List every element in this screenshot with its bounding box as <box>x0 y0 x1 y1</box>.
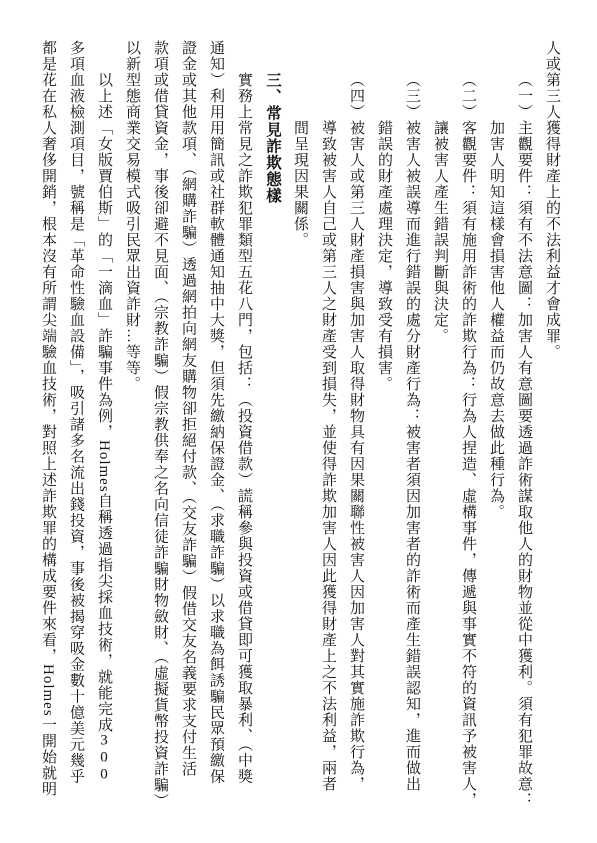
text-column-8-item-4: （四）被害人或第三人財產損害與加害人取得財物具有因果關聯性被害人因加害人對其實施… <box>347 72 365 792</box>
text-column-1: 人或第三人獲得財產上的不法利益才會成罪。 <box>543 40 561 360</box>
text-column-17: 以上述「女版賈伯斯」的「一滴血」詐騙事件為例，Holmes自稱透過指尖採血技術，… <box>95 72 113 784</box>
section-heading: 三、常見詐欺態樣 <box>263 72 281 204</box>
text-column-4-item-2: （二）客觀要件：須有施用詐術的詐欺行為：行為人捏造、虛構事件，傳遞與事實不符的資… <box>459 72 477 808</box>
text-column-16: 以新型態商業交易模式吸引民眾出資詐財…等等。 <box>123 40 141 392</box>
text-column-14: 證金或其他款項、（網購詐騙）透過網拍向網友購物卻拒絕付款、（交友詐騙）假借交友名… <box>179 40 197 777</box>
text-column-10: 間呈現因果關係。 <box>291 120 309 248</box>
text-column-13: 通知）利用用簡訊或社群軟體通知抽中大獎，但須先繳納保證金、（求職詐騙）以求職為餌… <box>207 40 225 785</box>
text-column-12: 實務上常見之詐欺犯罪類型五花八門，包括：（投資借款）謊稱參與投資或借貸即可獲取暴… <box>235 72 253 785</box>
text-column-18: 多項血液檢測項目，號稱是「革命性驗血設備」，吸引諸多名流出錢投資，事後被揭穿吸金… <box>67 40 85 785</box>
document-page: 人或第三人獲得財產上的不法利益才會成罪。 （一）主觀要件：須有不法意圖：加害人有… <box>0 0 597 843</box>
text-column-3: 加害人明知這樣會損害他人權益而仍故意去做此種行為。 <box>487 120 505 520</box>
text-column-9: 導致被害人自己或第三人之財產受到損失，並使得詐欺加害人因此獲得財產上之不法利益，… <box>319 120 337 792</box>
text-column-7: 錯誤的財產處理決定，導致受有損害。 <box>375 120 393 392</box>
text-column-6-item-3: （三）被害人被誤導而進行錯誤的處分財產行為：被害者須因加害者的詐術而產生錯誤認知… <box>403 72 421 792</box>
text-column-5: 讓被害人產生錯誤判斷與決定。 <box>431 120 449 344</box>
text-column-2-item-1: （一）主觀要件：須有不法意圖：加害人有意圖要透過詐術謀取他人的財物並從中獲利。須… <box>515 72 533 808</box>
text-column-19: 都是花在私人奢侈開銷，根本沒有所謂尖端驗血技術，對照上述詐欺罪的構成要件來看，H… <box>39 40 57 797</box>
text-column-15: 款項或借貸資金，事後卻避不見面、（宗教詐騙）假宗教供奉之名向信徒詐騙財物斂財、（… <box>151 40 169 809</box>
